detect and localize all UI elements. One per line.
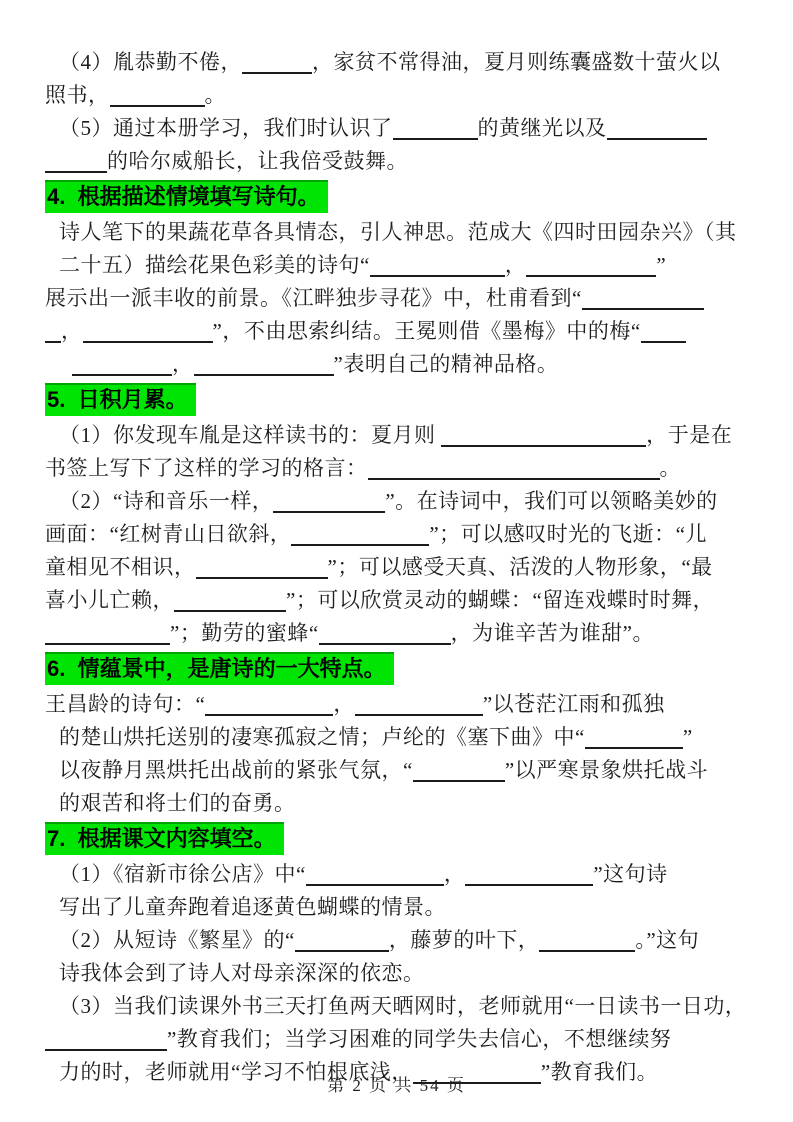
fill-in-blank [174, 596, 286, 612]
text-segment: 书签上写下了这样的学习的格言： [45, 456, 368, 480]
text-line: ”；勤劳的蜜蜂“，为谁辛苦为谁甜”。 [45, 617, 743, 650]
section-header-row: 6. 情蕴景中，是唐诗的一大特点。 [45, 652, 743, 686]
text-segment: （1）你发现车胤是这样读书的：夏月则 [59, 423, 441, 447]
text-segment: ”，不由思索纠结。王冕则借《墨梅》中的梅“ [213, 319, 641, 343]
text-line: 童相见不相识，”；可以感受天真、活泼的人物形象，“最 [45, 551, 743, 584]
section-header-row: 5. 日积月累。 [45, 383, 743, 417]
text-segment: 画面：“红树青山日欲斜， [45, 522, 291, 546]
section-header: 4. 根据描述情境填写诗句。 [45, 180, 328, 213]
text-segment: ”；可以感叹时光的飞逝：“儿 [429, 522, 707, 546]
text-segment: ”表明自己的精神品格。 [334, 352, 559, 376]
text-segment: 王昌龄的诗句：“ [45, 692, 205, 716]
text-segment: 的哈尔威船长，让我倍受鼓舞。 [107, 149, 408, 173]
fill-in-blank [413, 766, 505, 782]
fill-in-blank [607, 124, 707, 140]
fill-in-blank [45, 1035, 167, 1051]
fill-in-blank [370, 261, 505, 277]
fill-in-blank [526, 261, 656, 277]
text-line: （4）胤恭勤不倦，，家贫不常得油，夏月则练囊盛数十萤火以 [45, 46, 743, 79]
text-segment: 。 [660, 456, 682, 480]
text-segment: ”以严寒景象烘托战斗 [505, 758, 708, 782]
fill-in-blank [45, 327, 61, 343]
page-footer: 第 2 页 共 54 页 [0, 1071, 793, 1096]
text-segment: 的艰苦和将士们的奋勇。 [59, 791, 296, 815]
fill-in-blank [45, 157, 107, 173]
text-line: ，”表明自己的精神品格。 [45, 348, 743, 381]
text-line: 的楚山烘托送别的凄寒孤寂之情；卢纶的《塞下曲》中“” [45, 721, 743, 754]
text-segment: ，家贫不常得油，夏月则练囊盛数十萤火以 [312, 50, 721, 74]
text-segment: ， [333, 692, 355, 716]
text-segment: 童相见不相识， [45, 555, 196, 579]
fill-in-blank [242, 58, 312, 74]
text-segment: 照书， [45, 83, 110, 107]
text-line: 的哈尔威船长，让我倍受鼓舞。 [45, 145, 743, 178]
text-segment: 诗人笔下的果蔬花草各具情态，引人神思。范成大《四时田园杂兴》（其 [59, 220, 737, 244]
text-line: （5）通过本册学习，我们时认识了的黄继光以及 [45, 112, 743, 145]
text-segment: （2）从短诗《繁星》的“ [59, 928, 295, 952]
fill-in-blank [319, 629, 451, 645]
text-segment: （4）胤恭勤不倦， [59, 50, 242, 74]
text-segment: 的楚山烘托送别的凄寒孤寂之情；卢纶的《塞下曲》中“ [59, 725, 585, 749]
text-segment: （3）当我们读课外书三天打鱼两天晒网时，老师就用“一日读书一日功， [59, 994, 746, 1018]
text-line: 书签上写下了这样的学习的格言：。 [45, 452, 743, 485]
worksheet-page: （4）胤恭勤不倦，，家贫不常得油，夏月则练囊盛数十萤火以照书，。（5）通过本册学… [0, 0, 793, 1122]
text-line: （3）当我们读课外书三天打鱼两天晒网时，老师就用“一日读书一日功， [45, 990, 743, 1023]
fill-in-blank [194, 360, 334, 376]
text-segment: ”；可以欣赏灵动的蝴蝶：“留连戏蝶时时舞， [286, 588, 714, 612]
fill-in-blank [539, 936, 635, 952]
section-header: 7. 根据课文内容填空。 [45, 822, 284, 855]
worksheet-body: （4）胤恭勤不倦，，家贫不常得油，夏月则练囊盛数十萤火以照书，。（5）通过本册学… [0, 0, 793, 1089]
text-segment: ，于是在 [646, 423, 732, 447]
text-segment: ， [172, 352, 194, 376]
text-line: （1）你发现车胤是这样读书的：夏月则 ，于是在 [45, 419, 743, 452]
text-line: 二十五）描绘花果色彩美的诗句“，” [45, 249, 743, 282]
text-line: 写出了儿童奔跑着追逐黄色蝴蝶的情景。 [45, 891, 743, 924]
text-segment: ，藤萝的叶下， [389, 928, 540, 952]
text-line: （2）从短诗《繁星》的“，藤萝的叶下，。”这句 [45, 924, 743, 957]
text-line: 王昌龄的诗句：“，”以苍茫江雨和孤独 [45, 688, 743, 721]
text-segment: ， [444, 862, 466, 886]
text-line: （1）《宿新市徐公店》中“，”这句诗 [45, 858, 743, 891]
text-line: 诗人笔下的果蔬花草各具情态，引人神思。范成大《四时田园杂兴》（其 [45, 216, 743, 249]
text-segment: （2）“诗和音乐一样， [59, 489, 273, 513]
text-segment: 。 [205, 83, 227, 107]
fill-in-blank [196, 563, 328, 579]
fill-in-blank [465, 870, 593, 886]
fill-in-blank [110, 91, 205, 107]
fill-in-blank [585, 733, 683, 749]
fill-in-blank [582, 294, 704, 310]
text-segment: ”；勤劳的蜜蜂“ [170, 621, 319, 645]
text-segment: （1）《宿新市徐公店》中“ [59, 862, 306, 886]
text-segment: 的黄继光以及 [478, 116, 607, 140]
text-segment: ， [505, 253, 527, 277]
text-segment: 喜小儿亡赖， [45, 588, 174, 612]
text-segment: ” [656, 253, 666, 277]
text-line: 诗我体会到了诗人对母亲深深的依恋。 [45, 957, 743, 990]
text-line: 的艰苦和将士们的奋勇。 [45, 787, 743, 820]
section-header: 6. 情蕴景中，是唐诗的一大特点。 [45, 652, 394, 685]
fill-in-blank [205, 700, 333, 716]
text-segment: ， [61, 319, 83, 343]
text-line: 展示出一派丰收的前景。《江畔独步寻花》中，杜甫看到“ [45, 282, 743, 315]
fill-in-blank [291, 530, 429, 546]
text-line: ，”，不由思索纠结。王冕则借《墨梅》中的梅“ [45, 315, 743, 348]
fill-in-blank [368, 464, 660, 480]
text-line: 画面：“红树青山日欲斜，”；可以感叹时光的飞逝：“儿 [45, 518, 743, 551]
text-segment: ”以苍茫江雨和孤独 [483, 692, 665, 716]
text-segment: ”。在诗词中，我们可以领略美妙的 [385, 489, 717, 513]
text-segment: ，为谁辛苦为谁甜”。 [451, 621, 654, 645]
fill-in-blank [641, 327, 686, 343]
section-header: 5. 日积月累。 [45, 383, 196, 416]
text-line: ”教育我们；当学习困难的同学失去信心，不想继续努 [45, 1023, 743, 1056]
text-segment: ” [683, 725, 693, 749]
fill-in-blank [355, 700, 483, 716]
text-segment: 展示出一派丰收的前景。《江畔独步寻花》中，杜甫看到“ [45, 286, 582, 310]
text-line: 喜小儿亡赖，”；可以欣赏灵动的蝴蝶：“留连戏蝶时时舞， [45, 584, 743, 617]
text-segment: ”教育我们；当学习困难的同学失去信心，不想继续努 [167, 1027, 671, 1051]
fill-in-blank [45, 629, 170, 645]
fill-in-blank [72, 360, 172, 376]
fill-in-blank [393, 124, 478, 140]
text-segment: 写出了儿童奔跑着追逐黄色蝴蝶的情景。 [59, 895, 446, 919]
fill-in-blank [441, 431, 646, 447]
text-line: 照书，。 [45, 79, 743, 112]
fill-in-blank [83, 327, 213, 343]
fill-in-blank [306, 870, 444, 886]
section-header-row: 4. 根据描述情境填写诗句。 [45, 180, 743, 214]
text-segment: 以夜静月黑烘托出战前的紧张气氛，“ [59, 758, 413, 782]
text-segment: （5）通过本册学习，我们时认识了 [59, 116, 393, 140]
text-segment: 。”这句 [635, 928, 699, 952]
text-line: （2）“诗和音乐一样，”。在诗词中，我们可以领略美妙的 [45, 485, 743, 518]
fill-in-blank [295, 936, 389, 952]
text-segment: ”这句诗 [593, 862, 667, 886]
text-line: 以夜静月黑烘托出战前的紧张气氛，“”以严寒景象烘托战斗 [45, 754, 743, 787]
fill-in-blank [273, 497, 385, 513]
text-segment: 诗我体会到了诗人对母亲深深的依恋。 [59, 961, 425, 985]
section-header-row: 7. 根据课文内容填空。 [45, 822, 743, 856]
text-segment: 二十五）描绘花果色彩美的诗句“ [59, 253, 370, 277]
text-segment: ”；可以感受天真、活泼的人物形象，“最 [328, 555, 713, 579]
